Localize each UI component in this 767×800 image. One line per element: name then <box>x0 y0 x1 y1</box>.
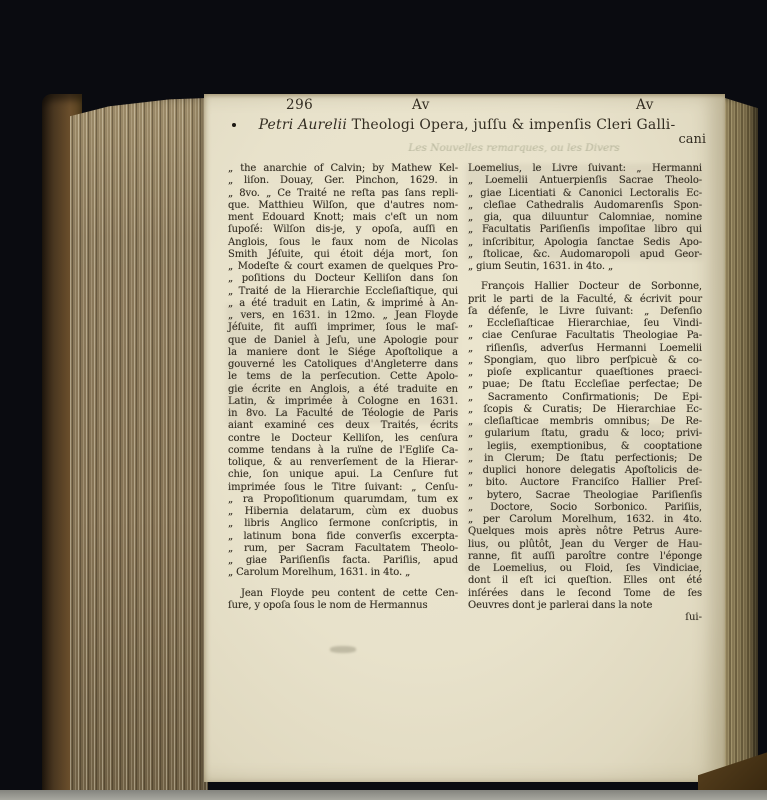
text-line: „ ra Propoſitionum quarumdam, tum ex <box>228 494 458 506</box>
text-line: „ libris Anglico ſermone conſcriptis, in <box>228 518 458 530</box>
text-line: François Hallier Docteur de Sorbonne, <box>468 281 702 293</box>
text-line: „ Sacramento Confirmationis; De Epi- <box>468 392 702 404</box>
text-line: „ bytero, Sacrae Theologiae Pariſienſis <box>468 490 702 502</box>
text-line: „ cleſiae Cathedralis Audomarenſis Spon- <box>468 200 702 212</box>
text-line: la maniere dont le Siége Apoſtolique a <box>228 347 458 359</box>
text-line: „ gularium ſtatu, gradu & loco; privi- <box>468 428 702 440</box>
text-line: Loemelius, le Livre ſuivant: „ Hermanni <box>468 163 702 175</box>
photo-background: 296 Av Av Petri Aurelii Theologi Opera, … <box>0 0 767 800</box>
ink-speck <box>232 123 236 127</box>
book-page: 296 Av Av Petri Aurelii Theologi Opera, … <box>204 94 725 782</box>
text-line: Quelques mois après nôtre Petrus Aure- <box>468 526 702 538</box>
article-title: Petri Aurelii Theologi Opera, juſſu & im… <box>228 117 706 133</box>
text-line: Oeuvres dont je parlerai dans la note <box>468 600 702 612</box>
text-line: gouverné les Catoliques d'Angleterre dan… <box>228 359 458 371</box>
text-line: in 8vo. La Faculté de Téologie de Paris <box>228 408 458 420</box>
text-line: „ inſcribitur, Apologia ſanctae Sedis Ap… <box>468 237 702 249</box>
text-line: dont il eſt ici queſtion. Elles ont été <box>468 575 702 587</box>
text-line: gie écrite en Anglois, a été traduite en <box>228 384 458 396</box>
text-line: „ Traité de la Hierarchie Eccleſiaſtique… <box>228 286 458 298</box>
text-line: ſure, y opoſa ſous le nom de Hermannus <box>228 600 458 612</box>
text-line: ranne, fit auſſi paroître contre l'épong… <box>468 551 702 563</box>
paragraph: Loemelius, le Livre ſuivant: „ Hermanni„… <box>468 163 702 273</box>
running-head-right: Av <box>636 97 654 113</box>
right-page-edges <box>725 98 758 782</box>
text-line: „ bito. Auctore Franciſco Hallier Preſ- <box>468 477 702 489</box>
text-line: ſupoſé: Wilſon dis-je, y opoſa, auſſi en <box>228 224 458 236</box>
text-line: „ a été traduit en Latin, & imprimé à An… <box>228 298 458 310</box>
page-number: 296 <box>286 97 313 113</box>
running-head-left: Av <box>412 97 430 113</box>
text-line: que. Matthieu Wilſon, que d'autres nom- <box>228 200 458 212</box>
text-line: „ gia, qua diluuntur Calomniae, nomine <box>468 212 702 224</box>
text-line: „ latinum bona fide converſis excerpta- <box>228 531 458 543</box>
text-line: Anglois, ſous le faux nom de Nicolas <box>228 237 458 249</box>
text-line: le tems de la perſecution. Cette Apolo- <box>228 371 458 383</box>
text-column-right: Loemelius, le Livre ſuivant: „ Hermanni„… <box>468 163 702 624</box>
text-line: „ poſitions du Docteur Kelliſon dans ſon <box>228 273 458 285</box>
text-column-right-paras: Loemelius, le Livre ſuivant: „ Hermanni„… <box>468 163 702 612</box>
text-line: „ per Carolum Morelhum, 1632. in 4to. <box>468 514 702 526</box>
paragraph: „ the anarchie of Calvin; by Mathew Kel-… <box>228 163 458 580</box>
text-line: aiant examiné ces deux Traités, écrits <box>228 420 458 432</box>
text-line: imprimée ſous le Titre ſuivant: „ Cenſu- <box>228 482 458 494</box>
text-line: Smith Jéſuite, qui étoit déja mort, ſon <box>228 249 458 261</box>
text-line: „ Spongiam, quo libro perſpicuè & co- <box>468 355 702 367</box>
text-line: „ rum, per Sacram Facultatem Theolo- <box>228 543 458 555</box>
text-line: „ ſcopis & Curatis; De Hierarchiae Ec- <box>468 404 702 416</box>
text-line: „ Hibernia delatarum, cùm ex duobus <box>228 506 458 518</box>
text-line: prit le parti de la Faculté, & écrivit p… <box>468 294 702 306</box>
text-line: „ duplici honore delegatis Apoſtolicis d… <box>468 465 702 477</box>
paragraph: François Hallier Docteur de Sorbonne,pri… <box>468 281 702 612</box>
text-line: „ pioſe explicantur quaeſtiones praeci- <box>468 367 702 379</box>
paragraph: Jean Floyde peu content de cette Cen-ſur… <box>228 588 458 613</box>
text-line: „ 8vo. „ Ce Traité ne reſta pas ſans rep… <box>228 188 458 200</box>
text-line: comme tendans à la ruïne de l'Egliſe Ca- <box>228 445 458 457</box>
page-stack-fore-edge <box>70 98 208 800</box>
text-line: „ riſienſis, adverſus Hermanni Loemelii <box>468 343 702 355</box>
text-line: Latin, & imprimée à Cologne en 1631. <box>228 396 458 408</box>
text-line: „ in Clerum; De ſtatu perfectionis; De <box>468 453 702 465</box>
article-title-author: Petri Aurelii <box>259 117 347 133</box>
text-line: que de Daniel à Jeſu, une Apologie pour <box>228 335 458 347</box>
text-line: „ Carolum Morelhum, 1631. in 4to. „ <box>228 567 458 579</box>
text-line: „ giae Pariſienſis facta. Pariſiis, apud <box>228 555 458 567</box>
ink-smudge <box>330 646 356 653</box>
text-line: lius, ou plûtôt, Jean du Verger de Hau- <box>468 539 702 551</box>
text-line: „ Eccleſiaſticae Hierarchiae, ſeu Vindi- <box>468 318 702 330</box>
text-line: „ Doctore, Socio Sorbonico. Pariſiis, <box>468 502 702 514</box>
text-line: „ ſtolicae, &c. Audomaropoli apud Geor- <box>468 249 702 261</box>
text-line: Jean Floyde peu content de cette Cen- <box>228 588 458 600</box>
text-line: de Loemelius, ou Floid, ſes Vindiciae, <box>468 563 702 575</box>
text-line: inſérées dans le ſecond Tome de ſes <box>468 588 702 600</box>
text-line: „ gium Seutin, 1631. in 4to. „ <box>468 261 702 273</box>
table-surface <box>0 790 767 800</box>
text-line: „ Facultatis Pariſienſis impoſitae libro… <box>468 224 702 236</box>
text-line: „ Modeſte & court examen de quelques Pro… <box>228 261 458 273</box>
catchword: ſui- <box>468 612 702 624</box>
text-line: chie, ſon unique apui. La Cenſure fut <box>228 469 458 481</box>
text-line: tolique, & au renverſement de la Hierar- <box>228 457 458 469</box>
bleed-through-text: Les Nouvelles remarques, ou les Divers <box>354 142 674 154</box>
text-line: ment Edouard Knott; mais c'eſt un nom <box>228 212 458 224</box>
text-line: „ Loemelii Antuerpienſis Sacrae Theolo- <box>468 175 702 187</box>
text-line: „ cleſiaſticae membris omnibus; De Re- <box>468 416 702 428</box>
text-column-left: „ the anarchie of Calvin; by Mathew Kel-… <box>228 163 458 612</box>
text-line: „ vers, en 1631. in 12mo. „ Jean Floyde <box>228 310 458 322</box>
text-line: „ liſon. Douay, Ger. Pinchon, 1629. in <box>228 175 458 187</box>
text-line: „ ciae Cenſurae Facultatis Theologiae Pa… <box>468 330 702 342</box>
text-line: „ legiis, exemptionibus, & cooptatione <box>468 441 702 453</box>
text-line: „ puae; De ſtatu Eccleſiae perfectae; De <box>468 379 702 391</box>
text-line: „ giae Licentiati & Canonici Lectoralis … <box>468 188 702 200</box>
text-line: Jéſuite, fit auſſi imprimer, ſous le maſ… <box>228 322 458 334</box>
text-line: ſa défenſe, le Livre ſuivant: „ Defenſio <box>468 306 702 318</box>
article-title-rest: Theologi Opera, juſſu & impenſis Cleri G… <box>347 117 675 133</box>
text-line: „ the anarchie of Calvin; by Mathew Kel- <box>228 163 458 175</box>
text-line: contre le Docteur Kelliſon, les cenſura <box>228 433 458 445</box>
